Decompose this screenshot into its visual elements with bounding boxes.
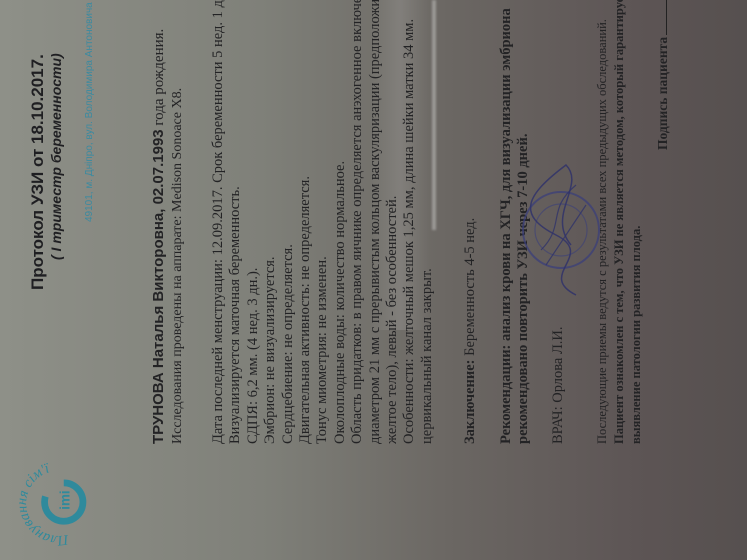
device-line: Исследования проведены на аппарате: Medi…: [170, 88, 186, 444]
ultrasound-protocol-page: imi Планування сім'ї Протокол УЗИ от 18.…: [0, 0, 747, 560]
doctor-name: ВРАЧ: Орлова Л.И.: [550, 326, 567, 444]
signature-line: [666, 0, 667, 35]
clinic-address: 49101, м. Дніпро, вул. Володимира Антоно…: [84, 2, 95, 222]
finding-line: Двигательная активность: не определяется…: [297, 0, 314, 444]
finding-line: Визуализируется маточная беременность.: [227, 0, 244, 444]
document-title: Протокол УЗИ от 18.10.2017.: [28, 54, 48, 290]
patient-signature: Подпись пациента: [655, 0, 671, 150]
note-line: выявление патологии развития плода.: [628, 0, 645, 444]
notes: Последующие приемы ведутся с результатам…: [594, 0, 645, 444]
patient-birth-suffix: года рождения.: [151, 29, 167, 130]
finding-line: Тонус миометрия: не изменен.: [314, 0, 331, 444]
finding-line: Область придатков: в правом яичнике опре…: [349, 0, 366, 444]
finding-line: СДПЯ: 6,2 мм. (4 нед. 3 дн.).: [245, 0, 262, 444]
finding-line: диаметром 21 мм с прерывистым кольцом ва…: [367, 0, 384, 444]
finding-line: Дата последней менструации: 12.09.2017. …: [210, 0, 227, 444]
finding-line: цервикальный канал закрыт.: [419, 0, 436, 444]
document-subtitle: ( I триместр беременности): [48, 53, 64, 260]
conclusion: Заключение: Беременность 4-5 нед.: [462, 218, 479, 444]
conclusion-label: Заключение:: [462, 359, 478, 444]
svg-text:imi: imi: [58, 490, 73, 509]
finding-line: Особенности: желточный мешок 1,25 мм, дл…: [401, 0, 418, 444]
clinic-logo-icon: imi Планування сім'ї: [10, 456, 106, 552]
patient-line: ТРУНОВА Наталья Викторовна, 02.07.1993 г…: [150, 29, 168, 444]
finding-line: Эмбрион: не визуализируется.: [262, 0, 279, 444]
doctor-stamp-icon: [516, 155, 606, 305]
findings: Дата последней менструации: 12.09.2017. …: [210, 0, 436, 444]
note-line: Последующие приемы ведутся с результатам…: [594, 0, 611, 444]
finding-line: Околоплодные воды: количество нормальное…: [332, 0, 349, 444]
finding-line: Сердцебиение: не определяется.: [280, 0, 297, 444]
finding-line: желтое тело), левый - без особенностей.: [384, 0, 401, 444]
patient-name: ТРУНОВА Наталья Викторовна, 02.07.1993: [150, 129, 167, 444]
recommendation-line: Рекомендации: анализ крови на ХГЧ, для в…: [498, 8, 515, 444]
conclusion-text: Беременность 4-5 нед.: [462, 218, 478, 360]
signature-label: Подпись пациента: [655, 37, 670, 150]
note-line: Пациент ознакомлен с тем, что УЗИ не явл…: [611, 0, 628, 444]
